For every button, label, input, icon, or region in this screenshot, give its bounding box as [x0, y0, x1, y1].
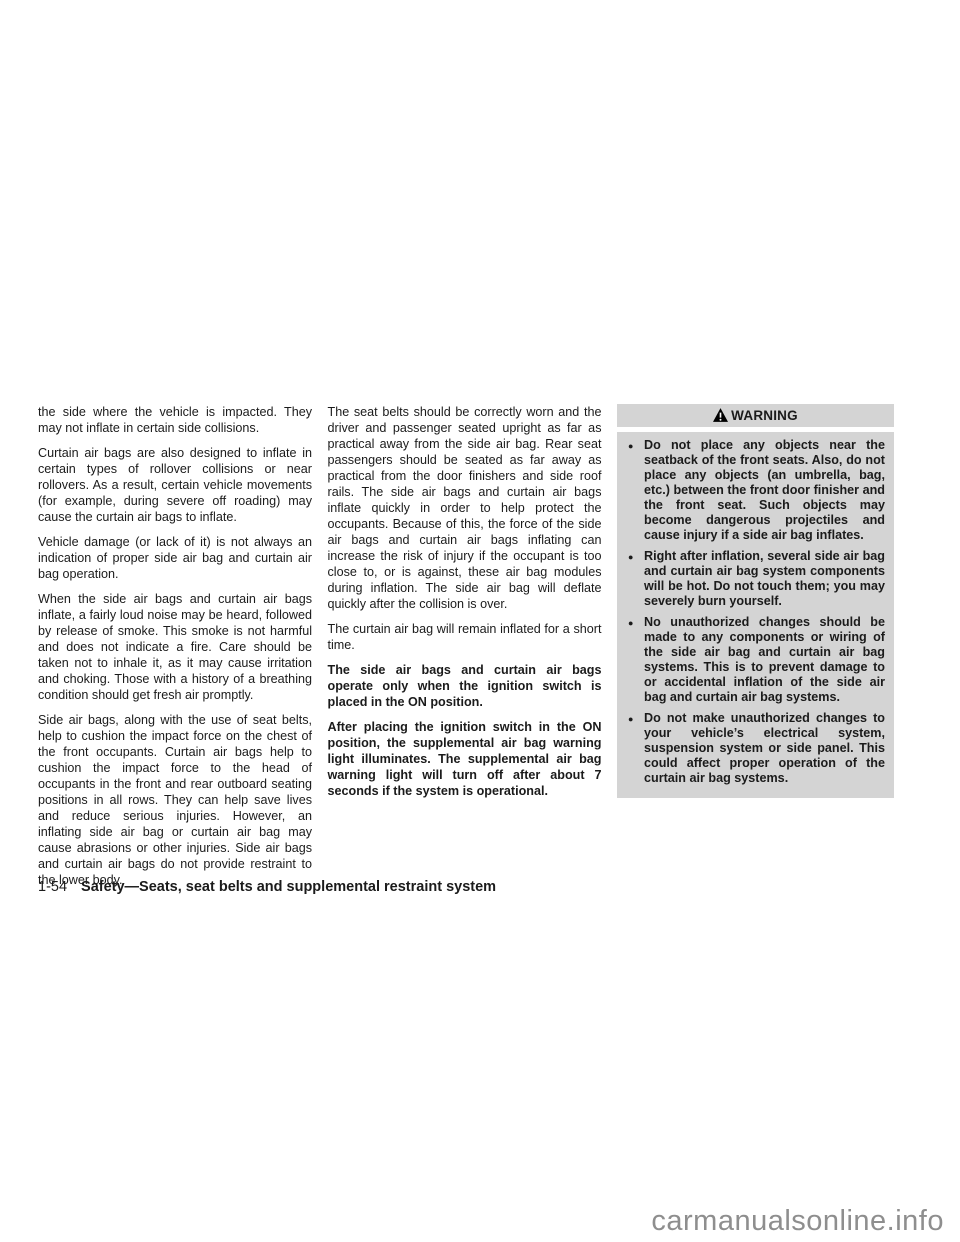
warning-title: WARNING	[731, 408, 798, 423]
warning-bullet-item: ● Right after inflation, several side ai…	[628, 549, 885, 609]
page-number: 1-54	[38, 879, 67, 895]
body-paragraph: When the side air bags and curtain air b…	[38, 591, 312, 703]
body-paragraph: The curtain air bag will remain inflated…	[328, 621, 602, 653]
body-paragraph: the side where the vehicle is impacted. …	[38, 404, 312, 436]
body-paragraph-bold: After placing the ignition switch in the…	[328, 719, 602, 799]
page-footer: 1-54Safety—Seats, seat belts and supplem…	[38, 879, 496, 896]
bullet-icon: ●	[628, 711, 644, 786]
section-title: Safety—Seats, seat belts and supplementa…	[81, 879, 496, 895]
body-paragraph: Side air bags, along with the use of sea…	[38, 712, 312, 888]
warning-triangle-icon	[713, 408, 728, 422]
warning-bullet-text: No unauthorized changes should be made t…	[644, 615, 885, 705]
watermark-text: carmanualsonline.info	[651, 1205, 944, 1237]
warning-bullet-text: Right after inflation, several side air …	[644, 549, 885, 609]
column-left: the side where the vehicle is impacted. …	[38, 404, 312, 888]
warning-header: WARNING	[617, 404, 894, 427]
bullet-icon: ●	[628, 615, 644, 705]
warning-bullet-text: Do not place any objects near the seatba…	[644, 438, 885, 543]
warning-box: WARNING ● Do not place any objects near …	[617, 404, 894, 798]
body-paragraph-bold: The side air bags and curtain air bags o…	[328, 662, 602, 710]
body-paragraph: Curtain air bags are also designed to in…	[38, 445, 312, 525]
bullet-icon: ●	[628, 438, 644, 543]
warning-bullet-item: ● No unauthorized changes should be made…	[628, 615, 885, 705]
warning-bullet-item: ● Do not place any objects near the seat…	[628, 438, 885, 543]
bullet-icon: ●	[628, 549, 644, 609]
column-middle: The seat belts should be correctly worn …	[328, 404, 602, 799]
warning-bullet-item: ● Do not make unauthorized changes to yo…	[628, 711, 885, 786]
body-paragraph: The seat belts should be correctly worn …	[328, 404, 602, 612]
text-columns: the side where the vehicle is impacted. …	[38, 404, 894, 888]
warning-body: ● Do not place any objects near the seat…	[617, 432, 894, 798]
body-paragraph: Vehicle damage (or lack of it) is not al…	[38, 534, 312, 582]
warning-bullet-text: Do not make unauthorized changes to your…	[644, 711, 885, 786]
manual-page: the side where the vehicle is impacted. …	[0, 0, 960, 1242]
